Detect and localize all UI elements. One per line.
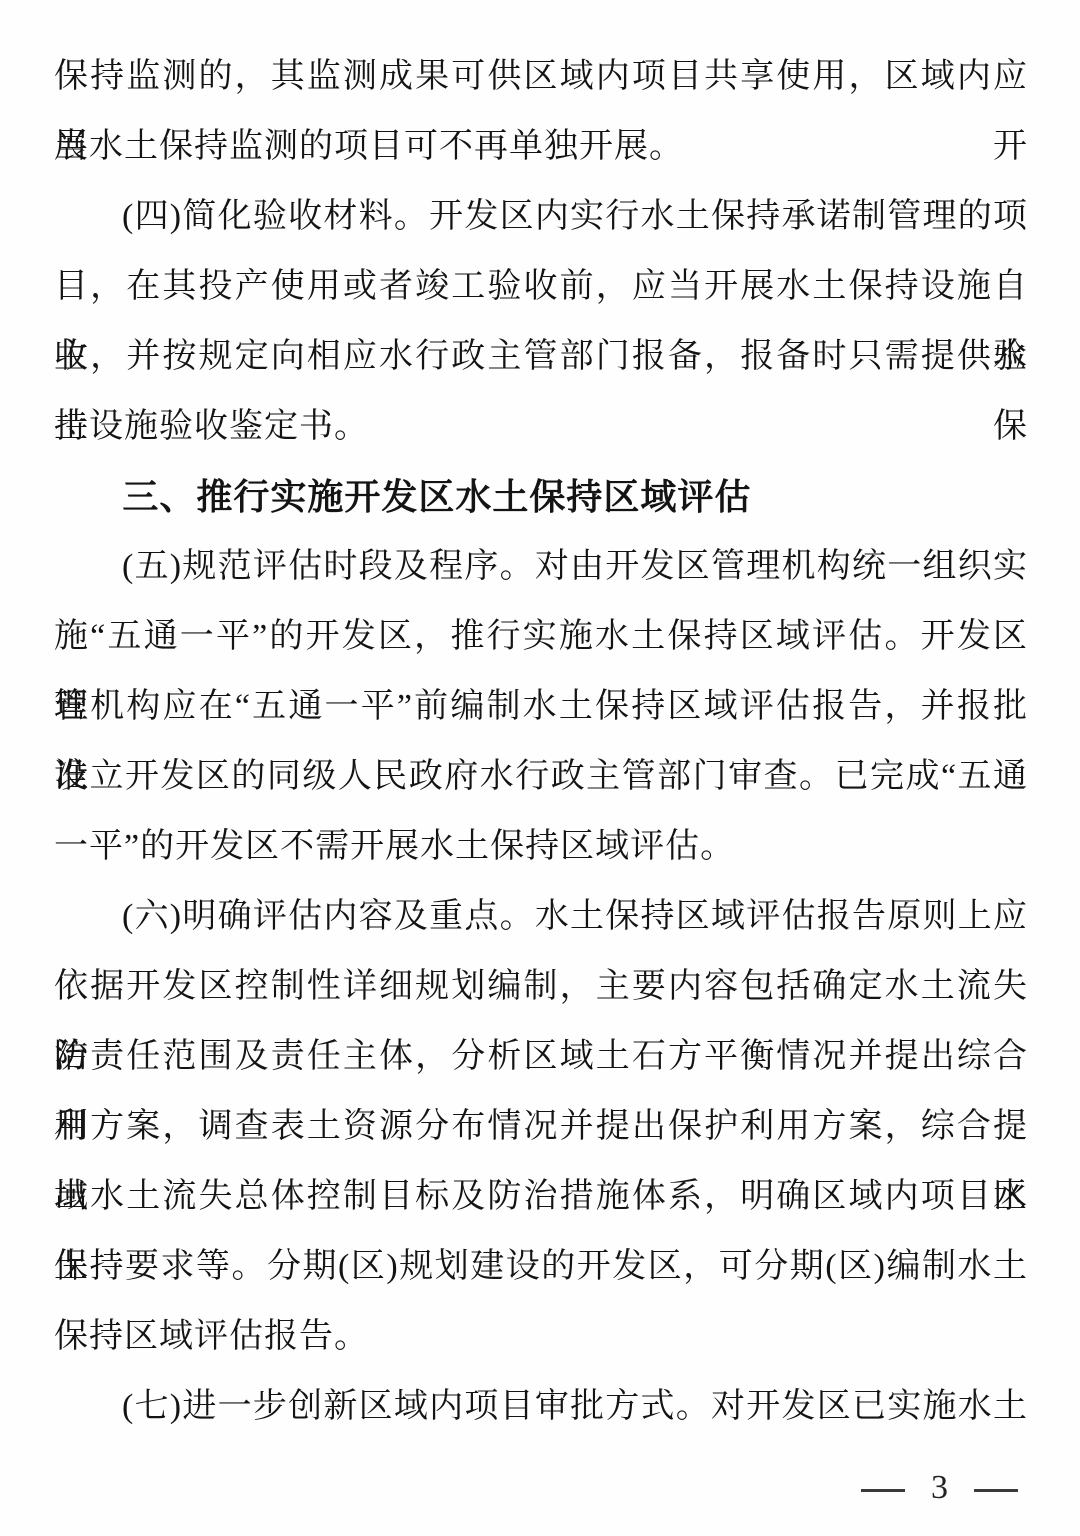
text-line: 施“五通一平”的开发区，推行实施水土保持区域评估。开发区管 — [54, 602, 1028, 672]
page-number: 3 — [861, 1466, 1018, 1514]
text-line: 设立开发区的同级人民政府水行政主管部门审查。已完成“五通 — [54, 742, 1028, 812]
text-line: 域水土流失总体控制目标及防治措施体系，明确区域内项目水土 — [54, 1162, 1028, 1232]
section-heading: 三、推行实施开发区水土保持区域评估 — [54, 462, 1028, 532]
text-line: 保持区域评估报告。 — [54, 1302, 1028, 1372]
text-line: 理机构应在“五通一平”前编制水土保持区域评估报告，并报批准 — [54, 672, 1028, 742]
text-line: 收，并按规定向相应水行政主管部门报备，报备时只需提供水土保 — [54, 322, 1028, 392]
text-line: 一平”的开发区不需开展水土保持区域评估。 — [54, 812, 1028, 882]
page-number-dash-right — [974, 1489, 1018, 1492]
text-line: (五)规范评估时段及程序。对由开发区管理机构统一组织实 — [54, 532, 1028, 602]
document-page: 保持监测的，其监测成果可供区域内项目共享使用，区域内应当开 展水土保持监测的项目… — [0, 0, 1080, 1536]
page-number-value: 3 — [931, 1464, 948, 1512]
text-line: 用方案，调查表土资源分布情况并提出保护利用方案，综合提出区 — [54, 1092, 1028, 1162]
text-line: 治责任范围及责任主体，分析区域土石方平衡情况并提出综合利 — [54, 1022, 1028, 1092]
document-body: 保持监测的，其监测成果可供区域内项目共享使用，区域内应当开 展水土保持监测的项目… — [54, 42, 1028, 1442]
text-line: 保持要求等。分期(区)规划建设的开发区，可分期(区)编制水土 — [54, 1232, 1028, 1302]
text-line: 目，在其投产使用或者竣工验收前，应当开展水土保持设施自主验 — [54, 252, 1028, 322]
text-line: 依据开发区控制性详细规划编制，主要内容包括确定水土流失防 — [54, 952, 1028, 1022]
page-number-dash-left — [861, 1489, 905, 1492]
text-line: (四)简化验收材料。开发区内实行水土保持承诺制管理的项 — [54, 182, 1028, 252]
text-line: (六)明确评估内容及重点。水土保持区域评估报告原则上应 — [54, 882, 1028, 952]
text-line: (七)进一步创新区域内项目审批方式。对开发区已实施水土 — [54, 1372, 1028, 1442]
text-line: 保持监测的，其监测成果可供区域内项目共享使用，区域内应当开 — [54, 42, 1028, 112]
